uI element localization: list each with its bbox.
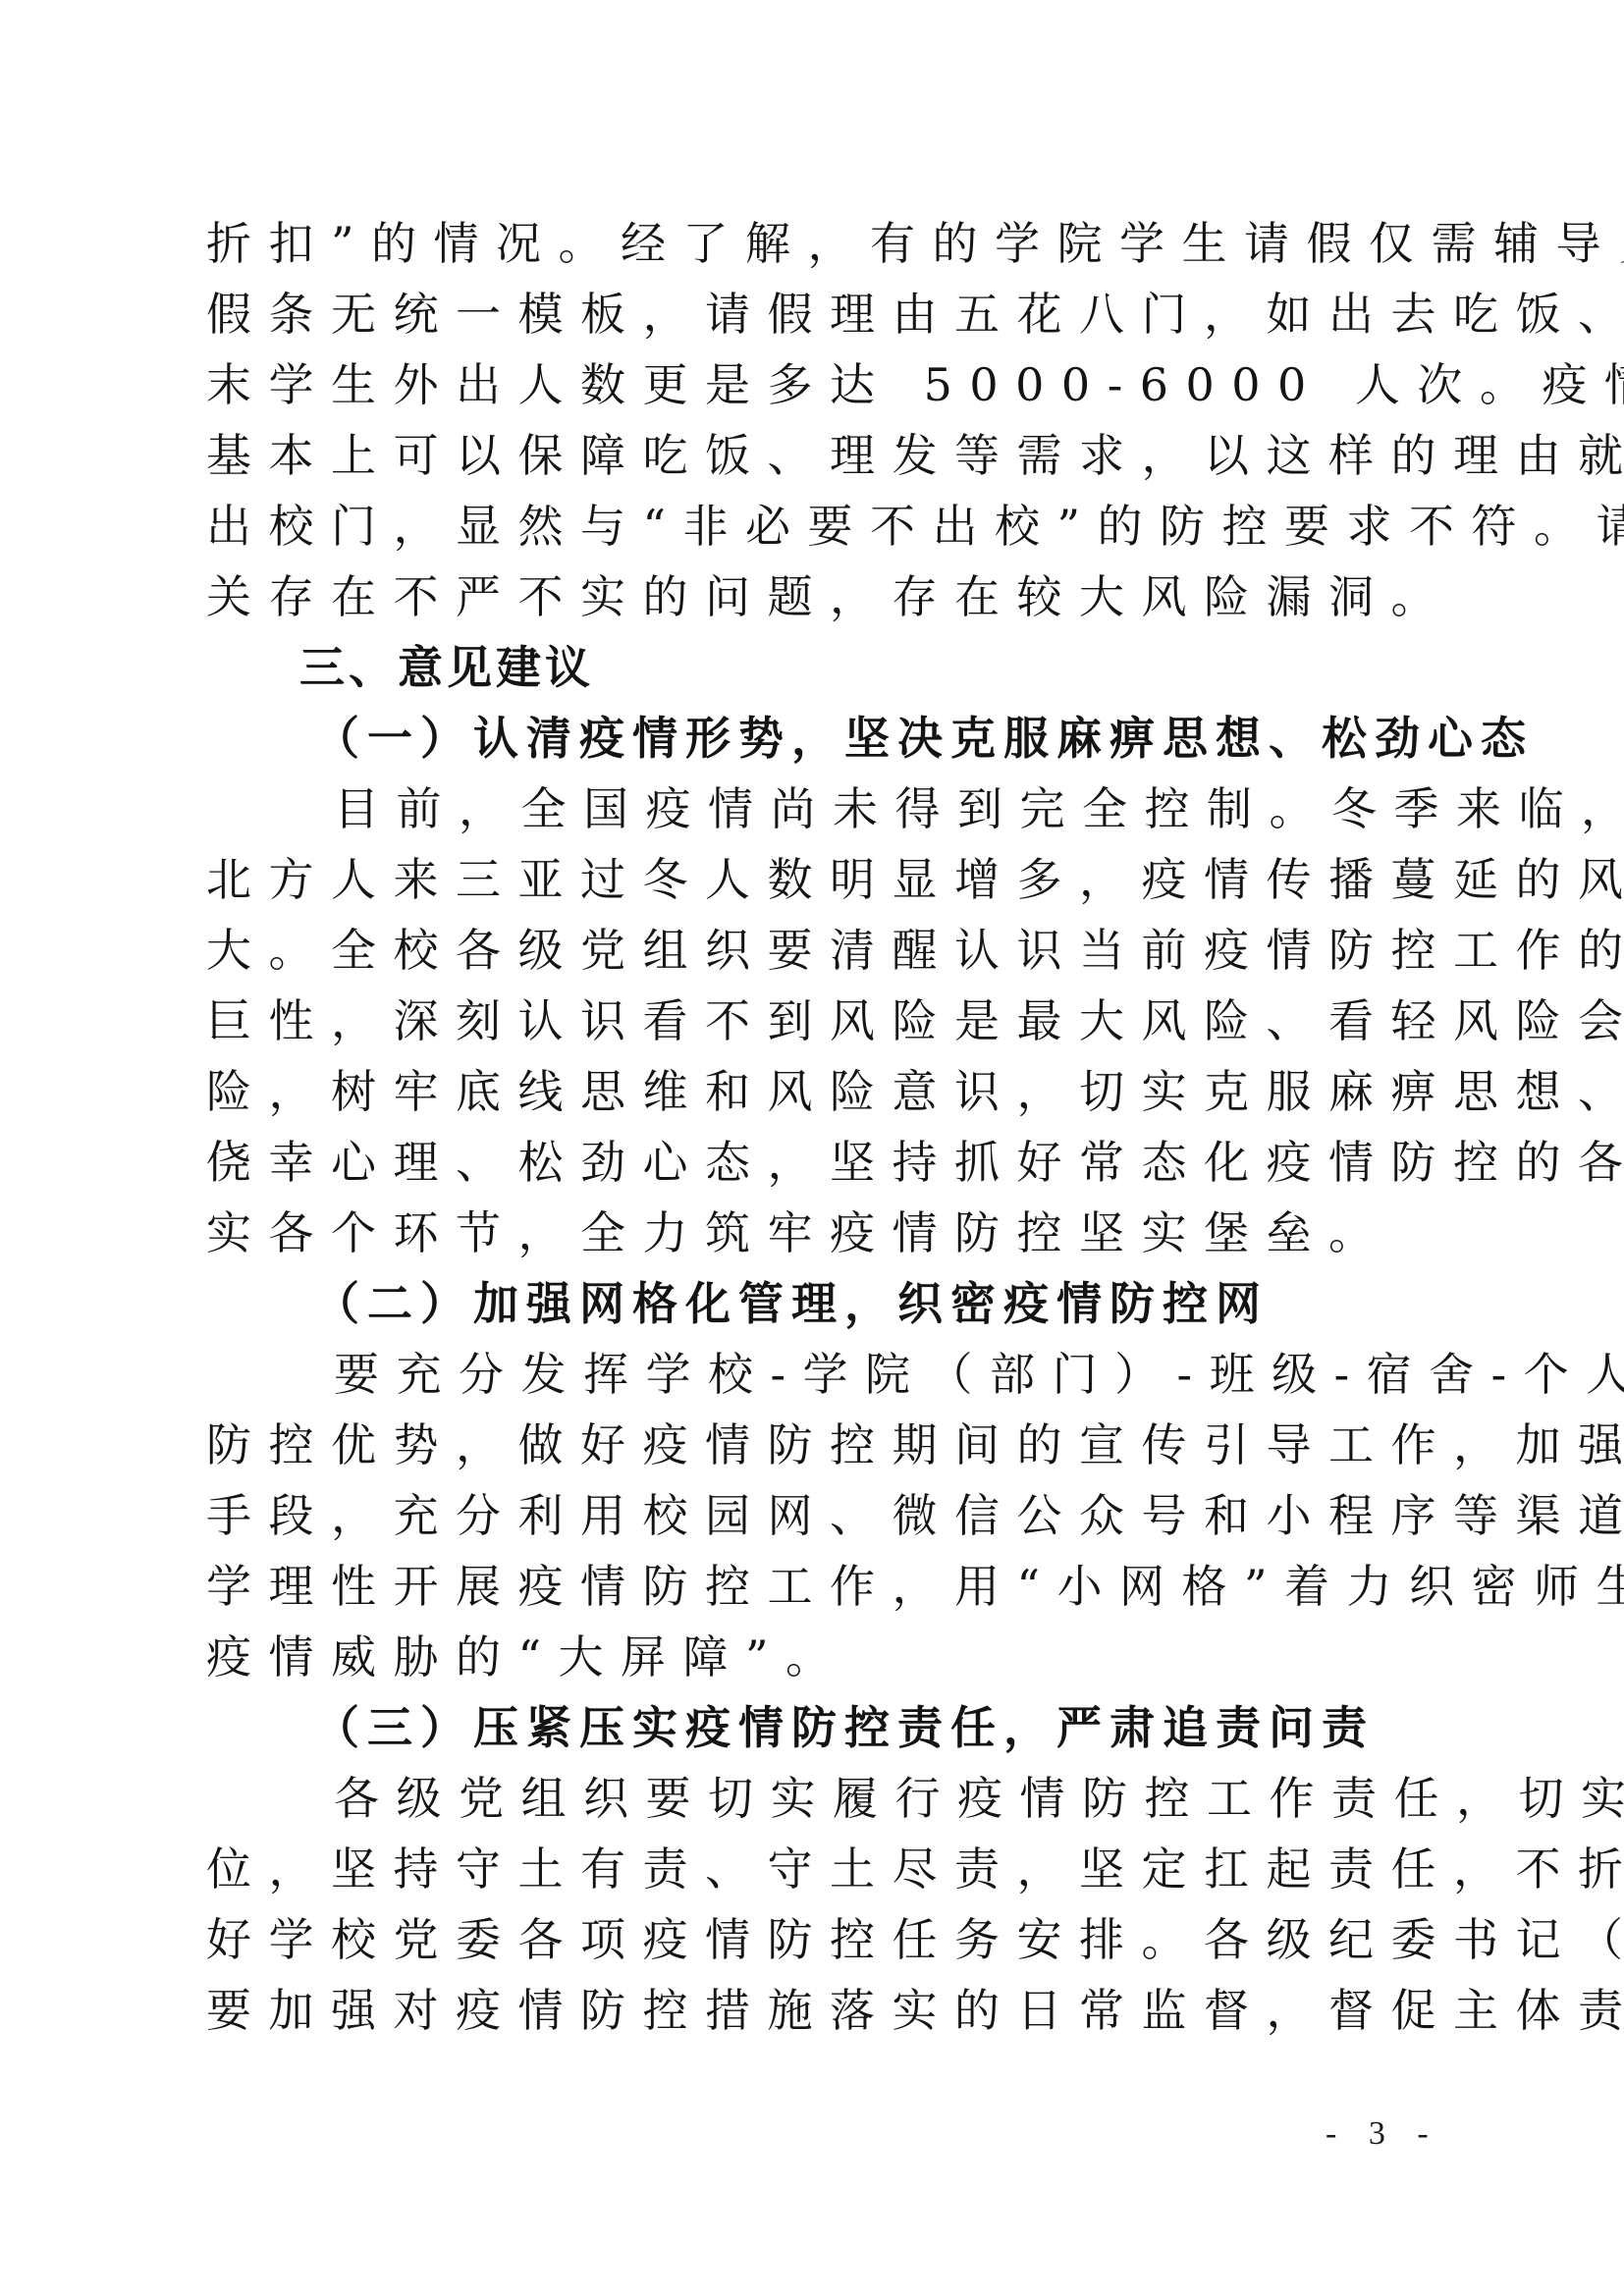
subsection-2: （二）加强网格化管理，织密疫情防控网 要充分发挥学校-学院（部门）-班级-宿舍-…: [206, 1268, 1424, 1692]
text-line: 大。全校各级党组织要清醒认识当前疫情防控工作的复杂性和艰: [206, 915, 1424, 986]
text-line: 险，树牢底线思维和风险意识，切实克服麻痹思想、厌战情绪、: [206, 1056, 1424, 1127]
text-line: 假条无统一模板，请假理由五花八门，如出去吃饭、理发等，周: [206, 279, 1424, 349]
page-number: - 3 -: [1326, 2115, 1440, 2153]
text-line: 各级党组织要切实履行疫情防控工作责任，切实提高政治站: [206, 1763, 1424, 1834]
text-line: 学理性开展疫情防控工作，用“小网格”着力织密师生群众远离: [206, 1551, 1424, 1622]
subsection-heading: （三）压紧压实疫情防控责任，严肃追责问责: [206, 1692, 1424, 1763]
text-line: 基本上可以保障吃饭、理发等需求，以这样的理由就轻易批准外: [206, 420, 1424, 491]
text-line: 侥幸心理、松劲心态，坚持抓好常态化疫情防控的各项措施、落: [206, 1127, 1424, 1198]
text-line: 实各个环节，全力筑牢疫情防控坚实堡垒。: [206, 1198, 1424, 1268]
subsection-heading: （一）认清疫情形势，坚决克服麻痹思想、松劲心态: [206, 703, 1424, 774]
text-line: 巨性，深刻认识看不到风险是最大风险、看轻风险会产生更大风: [206, 986, 1424, 1056]
text-line: 防控优势，做好疫情防控期间的宣传引导工作，加强信息化管理: [206, 1410, 1424, 1480]
text-line: 手段，充分利用校园网、微信公众号和小程序等渠道引导师生科: [206, 1480, 1424, 1551]
text-line: 出校门，显然与“非必要不出校”的防控要求不符。请假审批把: [206, 491, 1424, 561]
paragraph-continuation: 折扣”的情况。经了解，有的学院学生请假仅需辅导员签字，请 假条无统一模板，请假理…: [206, 208, 1424, 632]
subsection-3: （三）压紧压实疫情防控责任，严肃追责问责 各级党组织要切实履行疫情防控工作责任，…: [206, 1692, 1424, 2046]
subsection-heading: （二）加强网格化管理，织密疫情防控网: [206, 1268, 1424, 1339]
text-line: 末学生外出人数更是多达 5000-6000 人次。疫情期间，学校校园: [206, 349, 1424, 420]
text-line: 关存在不严不实的问题，存在较大风险漏洞。: [206, 561, 1424, 632]
subsection-1: （一）认清疫情形势，坚决克服麻痹思想、松劲心态 目前，全国疫情尚未得到完全控制。…: [206, 703, 1424, 1268]
text-line: 折扣”的情况。经了解，有的学院学生请假仅需辅导员签字，请: [206, 208, 1424, 279]
text-line: 目前，全国疫情尚未得到完全控制。冬季来临，气温下降，: [206, 774, 1424, 844]
text-line: 要充分发挥学校-学院（部门）-班级-宿舍-个人网格化疫情: [206, 1339, 1424, 1410]
text-line: 疫情威胁的“大屏障”。: [206, 1622, 1424, 1692]
text-line: 位，坚持守土有责、守土尽责，坚定扛起责任，不折不扣地落实: [206, 1834, 1424, 1904]
text-line: 要加强对疫情防控措施落实的日常监督，督促主体责任的落实。: [206, 1975, 1424, 2046]
text-line: 好学校党委各项疫情防控任务安排。各级纪委书记（纪检委员）: [206, 1904, 1424, 1975]
section-heading: 三、意见建议: [206, 632, 1424, 703]
document-page: 折扣”的情况。经了解，有的学院学生请假仅需辅导员签字，请 假条无统一模板，请假理…: [206, 208, 1424, 2046]
text-line: 北方人来三亚过冬人数明显增多，疫情传播蔓延的风险正在增: [206, 844, 1424, 915]
